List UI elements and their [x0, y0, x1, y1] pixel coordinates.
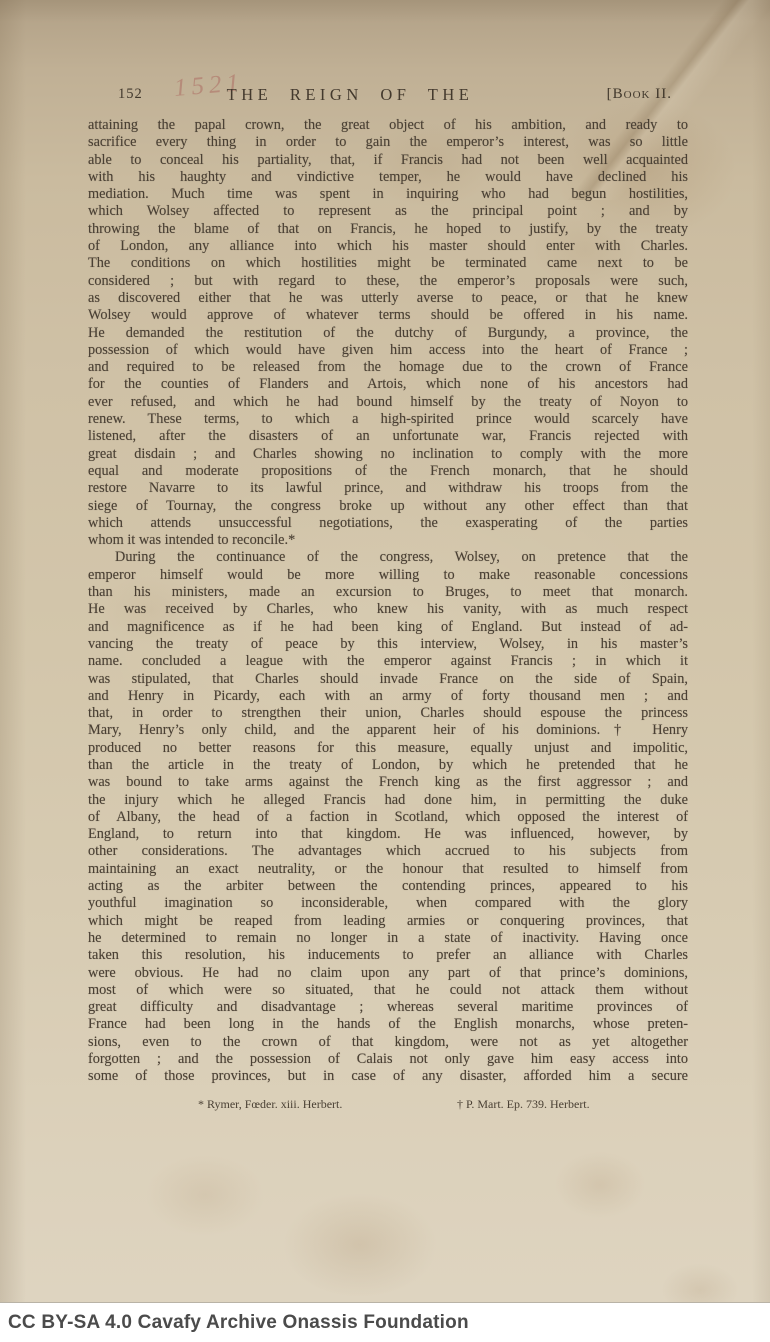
text-line: name. concluded a league with the empero…: [88, 653, 688, 670]
text-line: for the counties of Flanders and Artois,…: [88, 376, 688, 393]
text-line: other considerations. The advantages whi…: [88, 843, 688, 860]
text-line: of London, any alliance into which his m…: [88, 238, 688, 255]
text-line: and magnificence as if he had been king …: [88, 619, 688, 636]
text-line: The conditions on which hostilities migh…: [88, 255, 688, 272]
text-line: taken this resolution, his inducements t…: [88, 947, 688, 964]
text-line: and required to be released from the hom…: [88, 359, 688, 376]
text-line: siege of Tournay, the congress broke up …: [88, 498, 688, 515]
text-line: which Wolsey affected to represent as th…: [88, 203, 688, 220]
text-line: listened, after the disasters of an unfo…: [88, 428, 688, 445]
book-label: [Book II.: [607, 86, 672, 103]
text-line: great difficulty and disadvantage ; wher…: [88, 999, 688, 1016]
running-title: THE REIGN OF THE: [0, 85, 700, 105]
text-line: great disdain ; and Charles showing no i…: [88, 446, 688, 463]
text-line: was stipulated, that Charles should inva…: [88, 671, 688, 688]
text-line: Mary, Henry’s only child, and the appare…: [88, 722, 688, 739]
text-line: emperor himself would be more willing to…: [88, 567, 688, 584]
text-line: youthful imagination so inconsiderable, …: [88, 895, 688, 912]
text-line: attaining the papal crown, the great obj…: [88, 117, 688, 134]
text-line: During the continuance of the congress, …: [88, 549, 688, 566]
footnote-right: † P. Mart. Ep. 739. Herbert.: [457, 1097, 590, 1112]
text-line: maintaining an exact neutrality, or the …: [88, 861, 688, 878]
footnote-left: * Rymer, Fœder. xiii. Herbert.: [198, 1097, 342, 1112]
text-line: as discovered either that he was utterly…: [88, 290, 688, 307]
text-line: he determined to remain no longer in a s…: [88, 930, 688, 947]
text-line: some of those provinces, but in case of …: [88, 1068, 688, 1085]
scanned-book-page: 152 1521 THE REIGN OF THE [Book II. atta…: [0, 0, 770, 1342]
text-line: sacrifice every thing in order to gain t…: [88, 134, 688, 151]
text-line: were obvious. He had no claim upon any p…: [88, 965, 688, 982]
text-line: He demanded the restitution of the dutch…: [88, 325, 688, 342]
text-line: acting as the arbiter between the conten…: [88, 878, 688, 895]
text-line: vancing the treaty of peace by this inte…: [88, 636, 688, 653]
body-text: attaining the papal crown, the great obj…: [88, 117, 688, 1086]
text-line: sions, even to the crown of that kingdom…: [88, 1034, 688, 1051]
text-line: able to conceal his partiality, that, if…: [88, 152, 688, 169]
text-line: restore Navarre to its lawful prince, an…: [88, 480, 688, 497]
paragraph: During the continuance of the congress, …: [88, 549, 688, 1085]
text-line: than his ministers, made an excursion to…: [88, 584, 688, 601]
text-line: forgotten ; and the possession of Calais…: [88, 1051, 688, 1068]
text-line: which attends unsuccessful negotiations,…: [88, 515, 688, 532]
paragraph: attaining the papal crown, the great obj…: [88, 117, 688, 549]
license-text: CC BY-SA 4.0 Cavafy Archive Onassis Foun…: [8, 1312, 469, 1334]
text-line: considered ; but with regard to these, t…: [88, 273, 688, 290]
text-line: Wolsey would approve of whatever terms s…: [88, 307, 688, 324]
license-bar: CC BY-SA 4.0 Cavafy Archive Onassis Foun…: [0, 1302, 770, 1342]
text-line: throwing the blame of that on Francis, h…: [88, 221, 688, 238]
text-line: which might be reaped from leading armie…: [88, 913, 688, 930]
text-line: of Albany, the head of a faction in Scot…: [88, 809, 688, 826]
text-line: England, to return into that kingdom. He…: [88, 826, 688, 843]
text-line: renew. These terms, to which a high-spir…: [88, 411, 688, 428]
text-line: than the article in the treaty of London…: [88, 757, 688, 774]
text-line: France had been long in the hands of the…: [88, 1016, 688, 1033]
text-line: produced no better reasons for this meas…: [88, 740, 688, 757]
text-line: that, in order to strengthen their union…: [88, 705, 688, 722]
text-line: equal and moderate propositions of the F…: [88, 463, 688, 480]
text-line: and Henry in Picardy, each with an army …: [88, 688, 688, 705]
text-line: the injury which he alleged Francis had …: [88, 792, 688, 809]
text-line: with his haughty and vindictive temper, …: [88, 169, 688, 186]
text-line: He was received by Charles, who knew his…: [88, 601, 688, 618]
text-line: ever refused, and which he had bound him…: [88, 394, 688, 411]
text-line: was bound to take arms against the Frenc…: [88, 774, 688, 791]
text-line: mediation. Much time was spent in inquir…: [88, 186, 688, 203]
text-line: possession of which would have given him…: [88, 342, 688, 359]
text-line: whom it was intended to reconcile.*: [88, 532, 688, 549]
footnotes: * Rymer, Fœder. xiii. Herbert. † P. Mart…: [88, 1097, 688, 1117]
text-line: most of which were so situated, that he …: [88, 982, 688, 999]
